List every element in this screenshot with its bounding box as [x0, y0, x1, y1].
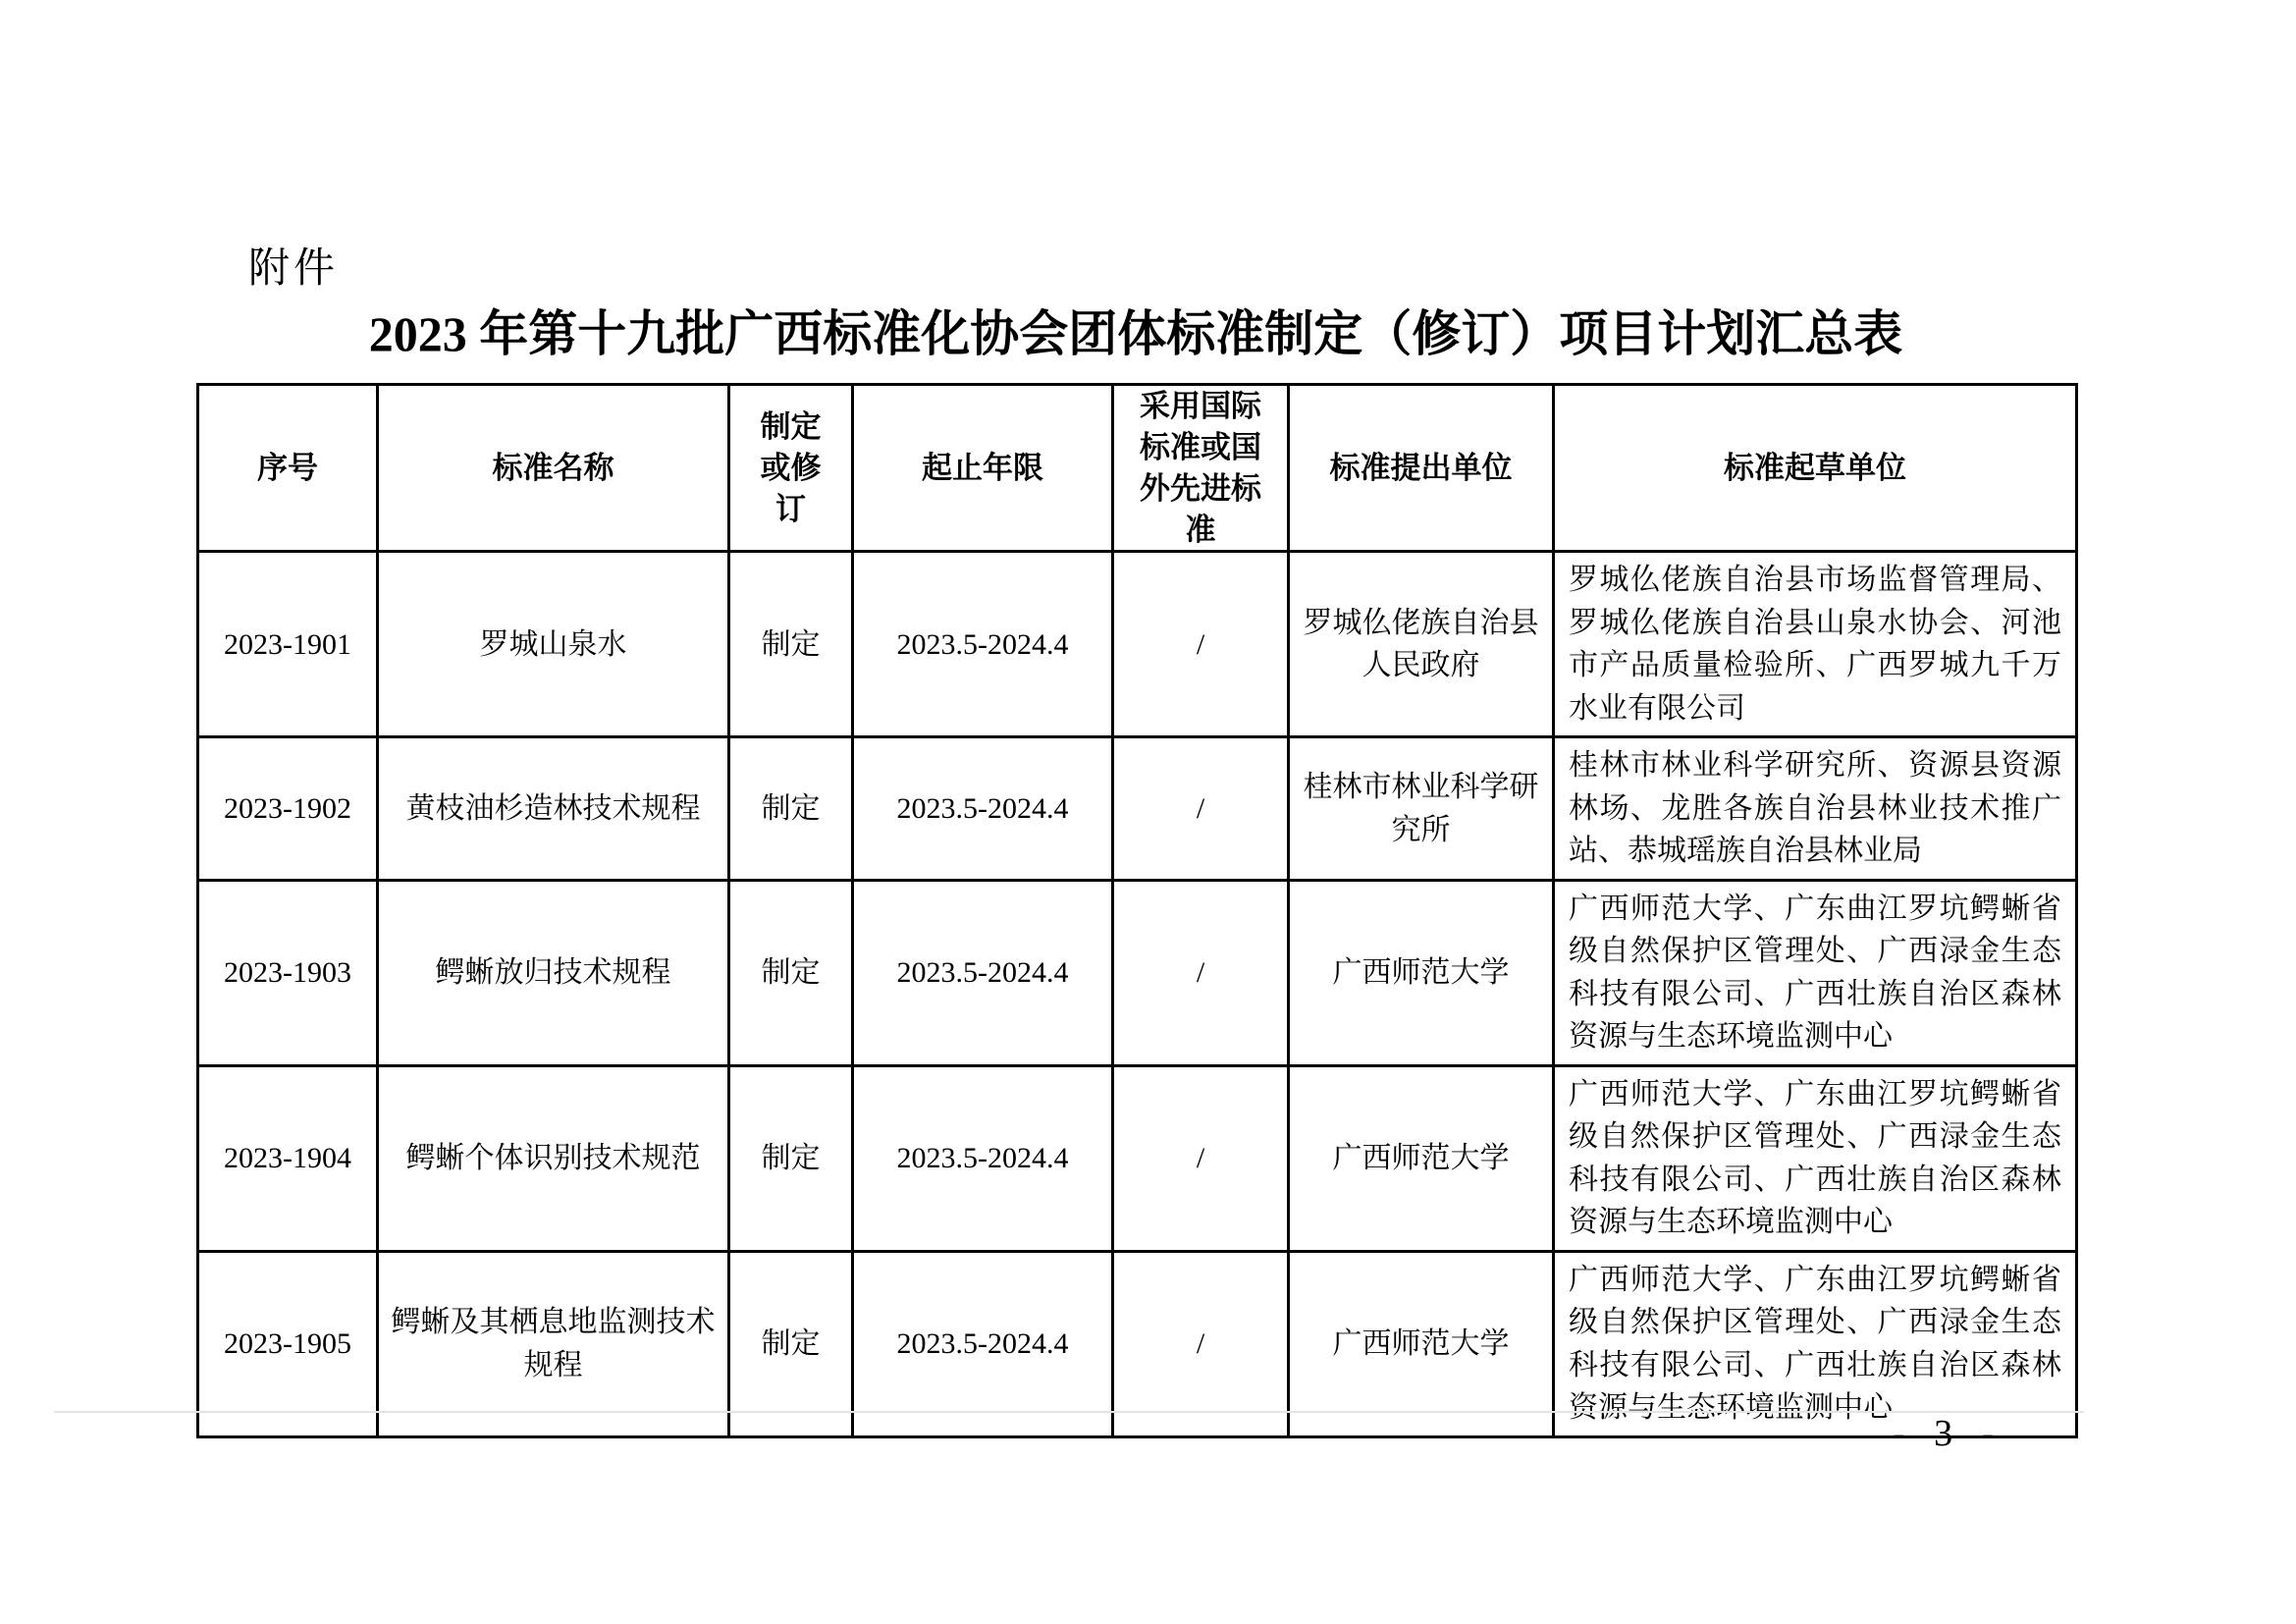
cell-seq: 2023-1902	[198, 737, 378, 881]
header-drafters: 标准起草单位	[1554, 385, 2077, 552]
cell-intl-standard: /	[1113, 1251, 1289, 1436]
cell-proposer: 广西师范大学	[1289, 1251, 1554, 1436]
cell-action: 制定	[729, 880, 853, 1065]
cell-intl-standard: /	[1113, 552, 1289, 737]
page-title: 2023 年第十九批广西标准化协会团体标准制定（修订）项目计划汇总表	[196, 295, 2075, 365]
cell-proposer: 桂林市林业科学研究所	[1289, 737, 1554, 881]
cell-seq: 2023-1905	[198, 1251, 378, 1436]
cell-intl-standard: /	[1113, 1065, 1289, 1251]
document-page: 附件 2023 年第十九批广西标准化协会团体标准制定（修订）项目计划汇总表 序号…	[0, 0, 2296, 1624]
cell-drafters: 罗城仫佬族自治县市场监督管理局、罗城仫佬族自治县山泉水协会、河池市产品质量检验所…	[1554, 552, 2077, 737]
cell-drafters: 广西师范大学、广东曲江罗坑鳄蜥省级自然保护区管理处、广西渌金生态科技有限公司、广…	[1554, 1251, 2077, 1436]
cell-period: 2023.5-2024.4	[853, 880, 1113, 1065]
cell-period: 2023.5-2024.4	[853, 552, 1113, 737]
table-row: 2023-1901 罗城山泉水 制定 2023.5-2024.4 / 罗城仫佬族…	[198, 552, 2077, 737]
cell-action: 制定	[729, 1251, 853, 1436]
cell-drafters: 广西师范大学、广东曲江罗坑鳄蜥省级自然保护区管理处、广西渌金生态科技有限公司、广…	[1554, 880, 2077, 1065]
header-action: 制定或修订	[729, 385, 853, 552]
header-intl-standard: 采用国际标准或国外先进标准	[1113, 385, 1289, 552]
cell-standard-name: 鳄蜥及其栖息地监测技术规程	[378, 1251, 729, 1436]
cell-period: 2023.5-2024.4	[853, 1065, 1113, 1251]
cell-proposer: 广西师范大学	[1289, 1065, 1554, 1251]
table-row: 2023-1903 鳄蜥放归技术规程 制定 2023.5-2024.4 / 广西…	[198, 880, 2077, 1065]
table-header-row: 序号 标准名称 制定或修订 起止年限 采用国际标准或国外先进标准 标准提出单位 …	[198, 385, 2077, 552]
attachment-label: 附件	[248, 236, 339, 295]
table-row: 2023-1904 鳄蜥个体识别技术规范 制定 2023.5-2024.4 / …	[198, 1065, 2077, 1251]
cell-standard-name: 鳄蜥放归技术规程	[378, 880, 729, 1065]
plan-table: 序号 标准名称 制定或修订 起止年限 采用国际标准或国外先进标准 标准提出单位 …	[196, 383, 2078, 1438]
cell-standard-name: 鳄蜥个体识别技术规范	[378, 1065, 729, 1251]
cell-period: 2023.5-2024.4	[853, 737, 1113, 881]
cell-standard-name: 黄枝油杉造林技术规程	[378, 737, 729, 881]
header-standard-name: 标准名称	[378, 385, 729, 552]
cell-seq: 2023-1903	[198, 880, 378, 1065]
cell-period: 2023.5-2024.4	[853, 1251, 1113, 1436]
cell-drafters: 广西师范大学、广东曲江罗坑鳄蜥省级自然保护区管理处、广西渌金生态科技有限公司、广…	[1554, 1065, 2077, 1251]
header-seq: 序号	[198, 385, 378, 552]
header-period: 起止年限	[853, 385, 1113, 552]
cell-seq: 2023-1904	[198, 1065, 378, 1251]
cell-action: 制定	[729, 1065, 853, 1251]
page-number: - 3 -	[1893, 1412, 2003, 1455]
cell-action: 制定	[729, 552, 853, 737]
cell-action: 制定	[729, 737, 853, 881]
scan-artifact-line	[54, 1411, 2084, 1413]
table-row: 2023-1905 鳄蜥及其栖息地监测技术规程 制定 2023.5-2024.4…	[198, 1251, 2077, 1436]
cell-seq: 2023-1901	[198, 552, 378, 737]
cell-standard-name: 罗城山泉水	[378, 552, 729, 737]
cell-intl-standard: /	[1113, 880, 1289, 1065]
header-proposer: 标准提出单位	[1289, 385, 1554, 552]
cell-proposer: 广西师范大学	[1289, 880, 1554, 1065]
table-row: 2023-1902 黄枝油杉造林技术规程 制定 2023.5-2024.4 / …	[198, 737, 2077, 881]
cell-proposer: 罗城仫佬族自治县人民政府	[1289, 552, 1554, 737]
cell-drafters: 桂林市林业科学研究所、资源县资源林场、龙胜各族自治县林业技术推广站、恭城瑶族自治…	[1554, 737, 2077, 881]
cell-intl-standard: /	[1113, 737, 1289, 881]
